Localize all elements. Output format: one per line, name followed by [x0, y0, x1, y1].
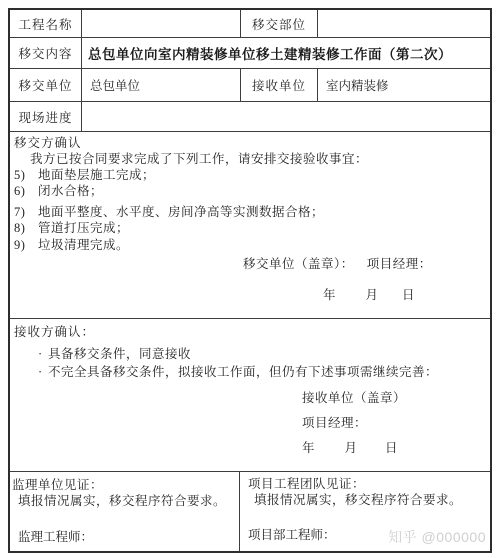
checklist-item: 9)垃圾清理完成。: [14, 237, 482, 253]
option-text: 不完全具备移交条件，拟接收工作面，但仍有下述事项需继续完善：: [48, 365, 438, 379]
year-label: 年: [302, 441, 315, 455]
item-text: 垃圾清理完成。: [38, 238, 129, 252]
document-page: { "form": { "header": { "project_name_la…: [0, 0, 499, 558]
transferor-manager-label: 项目经理：: [367, 257, 432, 271]
handover-part-label: 移交部位: [241, 10, 318, 37]
transferor-date-line: 年月日: [323, 287, 482, 303]
receiver-stamp-label: 接收单位（盖章）: [302, 390, 482, 406]
project-team-witness-title: 项目工程团队见证：: [248, 476, 484, 492]
transferor-section-title: 移交方确认: [14, 135, 482, 151]
witness-row: 监理单位见证： 填报情况属实，移交程序符合要求。 监理工程师： 项目工程团队见证…: [10, 472, 490, 551]
item-number: 8): [14, 220, 38, 236]
year-label: 年: [323, 288, 336, 302]
receive-unit-value: 室内精装修: [318, 69, 490, 101]
project-name-label: 工程名称: [10, 10, 82, 37]
receive-unit-label: 接收单位: [241, 69, 318, 101]
project-name-value-field: [82, 10, 241, 37]
receiver-option: ·不完全具备移交条件，拟接收工作面，但仍有下述事项需继续完善：: [38, 364, 482, 380]
checklist-item: 5)地面垫层施工完成；: [14, 167, 482, 183]
supervisor-statement: 填报情况属实，移交程序符合要求。: [12, 493, 233, 509]
option-text: 具备移交条件，同意接收: [48, 347, 191, 361]
supervisor-witness-cell: 监理单位见证： 填报情况属实，移交程序符合要求。 监理工程师：: [10, 472, 240, 551]
header-row-4: 现场进度: [10, 102, 490, 132]
day-label: 日: [385, 441, 398, 455]
checklist-item: 6)闭水合格；: [14, 183, 482, 199]
transferor-signature-line: 移交单位（盖章）：项目经理：: [243, 256, 482, 272]
supervisor-witness-title: 监理单位见证：: [12, 477, 233, 493]
item-number: 7): [14, 204, 38, 220]
receiver-option: ·具备移交条件，同意接收: [38, 346, 482, 362]
receiver-manager-label: 项目经理：: [302, 415, 482, 431]
progress-value-field: [82, 102, 490, 131]
content-value: 总包单位向室内精装修单位移土建精装修工作面（第二次）: [82, 38, 490, 68]
item-text: 闭水合格；: [38, 184, 103, 198]
transferor-stamp-label: 移交单位（盖章）：: [243, 257, 354, 271]
month-label: 月: [366, 288, 379, 302]
project-team-witness-cell: 项目工程团队见证： 填报情况属实，移交程序符合要求。 项目部工程师： 知乎 @0…: [240, 472, 490, 551]
item-number: 9): [14, 237, 38, 253]
receiver-date-line: 年月日: [302, 440, 482, 456]
handover-form-sheet: 工程名称 移交部位 移交内容 总包单位向室内精装修单位移土建精装修工作面（第二次…: [8, 8, 492, 553]
header-row-3: 移交单位 总包单位 接收单位 室内精装修: [10, 69, 490, 102]
project-team-statement: 填报情况属实，移交程序符合要求。: [248, 492, 484, 508]
checklist-item: 8)管道打压完成；: [14, 220, 482, 236]
checklist-item: 7)地面平整度、水平度、房间净高等实测数据合格；: [14, 204, 482, 220]
receiver-confirmation-section: 接收方确认： ·具备移交条件，同意接收 ·不完全具备移交条件，拟接收工作面，但仍…: [10, 319, 490, 472]
item-text: 地面平整度、水平度、房间净高等实测数据合格；: [38, 205, 324, 219]
zhihu-watermark: 知乎 @000000: [388, 529, 486, 545]
transferor-confirmation-section: 移交方确认 我方已按合同要求完成了下列工作，请安排交接验收事宜： 5)地面垫层施…: [10, 132, 490, 319]
content-label: 移交内容: [10, 38, 82, 68]
item-text: 地面垫层施工完成；: [38, 168, 155, 182]
handover-part-value-field: [318, 10, 490, 37]
item-text: 管道打压完成；: [38, 221, 129, 235]
header-row-1: 工程名称 移交部位: [10, 10, 490, 38]
bullet-icon: ·: [38, 346, 48, 362]
progress-label: 现场进度: [10, 102, 82, 131]
month-label: 月: [345, 441, 358, 455]
bullet-icon: ·: [38, 364, 48, 380]
transferor-intro-text: 我方已按合同要求完成了下列工作，请安排交接验收事宜：: [30, 151, 482, 167]
item-number: 6): [14, 183, 38, 199]
day-label: 日: [402, 288, 415, 302]
supervisor-signer-label: 监理工程师：: [12, 529, 233, 545]
item-number: 5): [14, 167, 38, 183]
transfer-unit-value: 总包单位: [82, 69, 241, 101]
header-row-2: 移交内容 总包单位向室内精装修单位移土建精装修工作面（第二次）: [10, 38, 490, 69]
transfer-unit-label: 移交单位: [10, 69, 82, 101]
receiver-section-title: 接收方确认：: [14, 324, 482, 340]
